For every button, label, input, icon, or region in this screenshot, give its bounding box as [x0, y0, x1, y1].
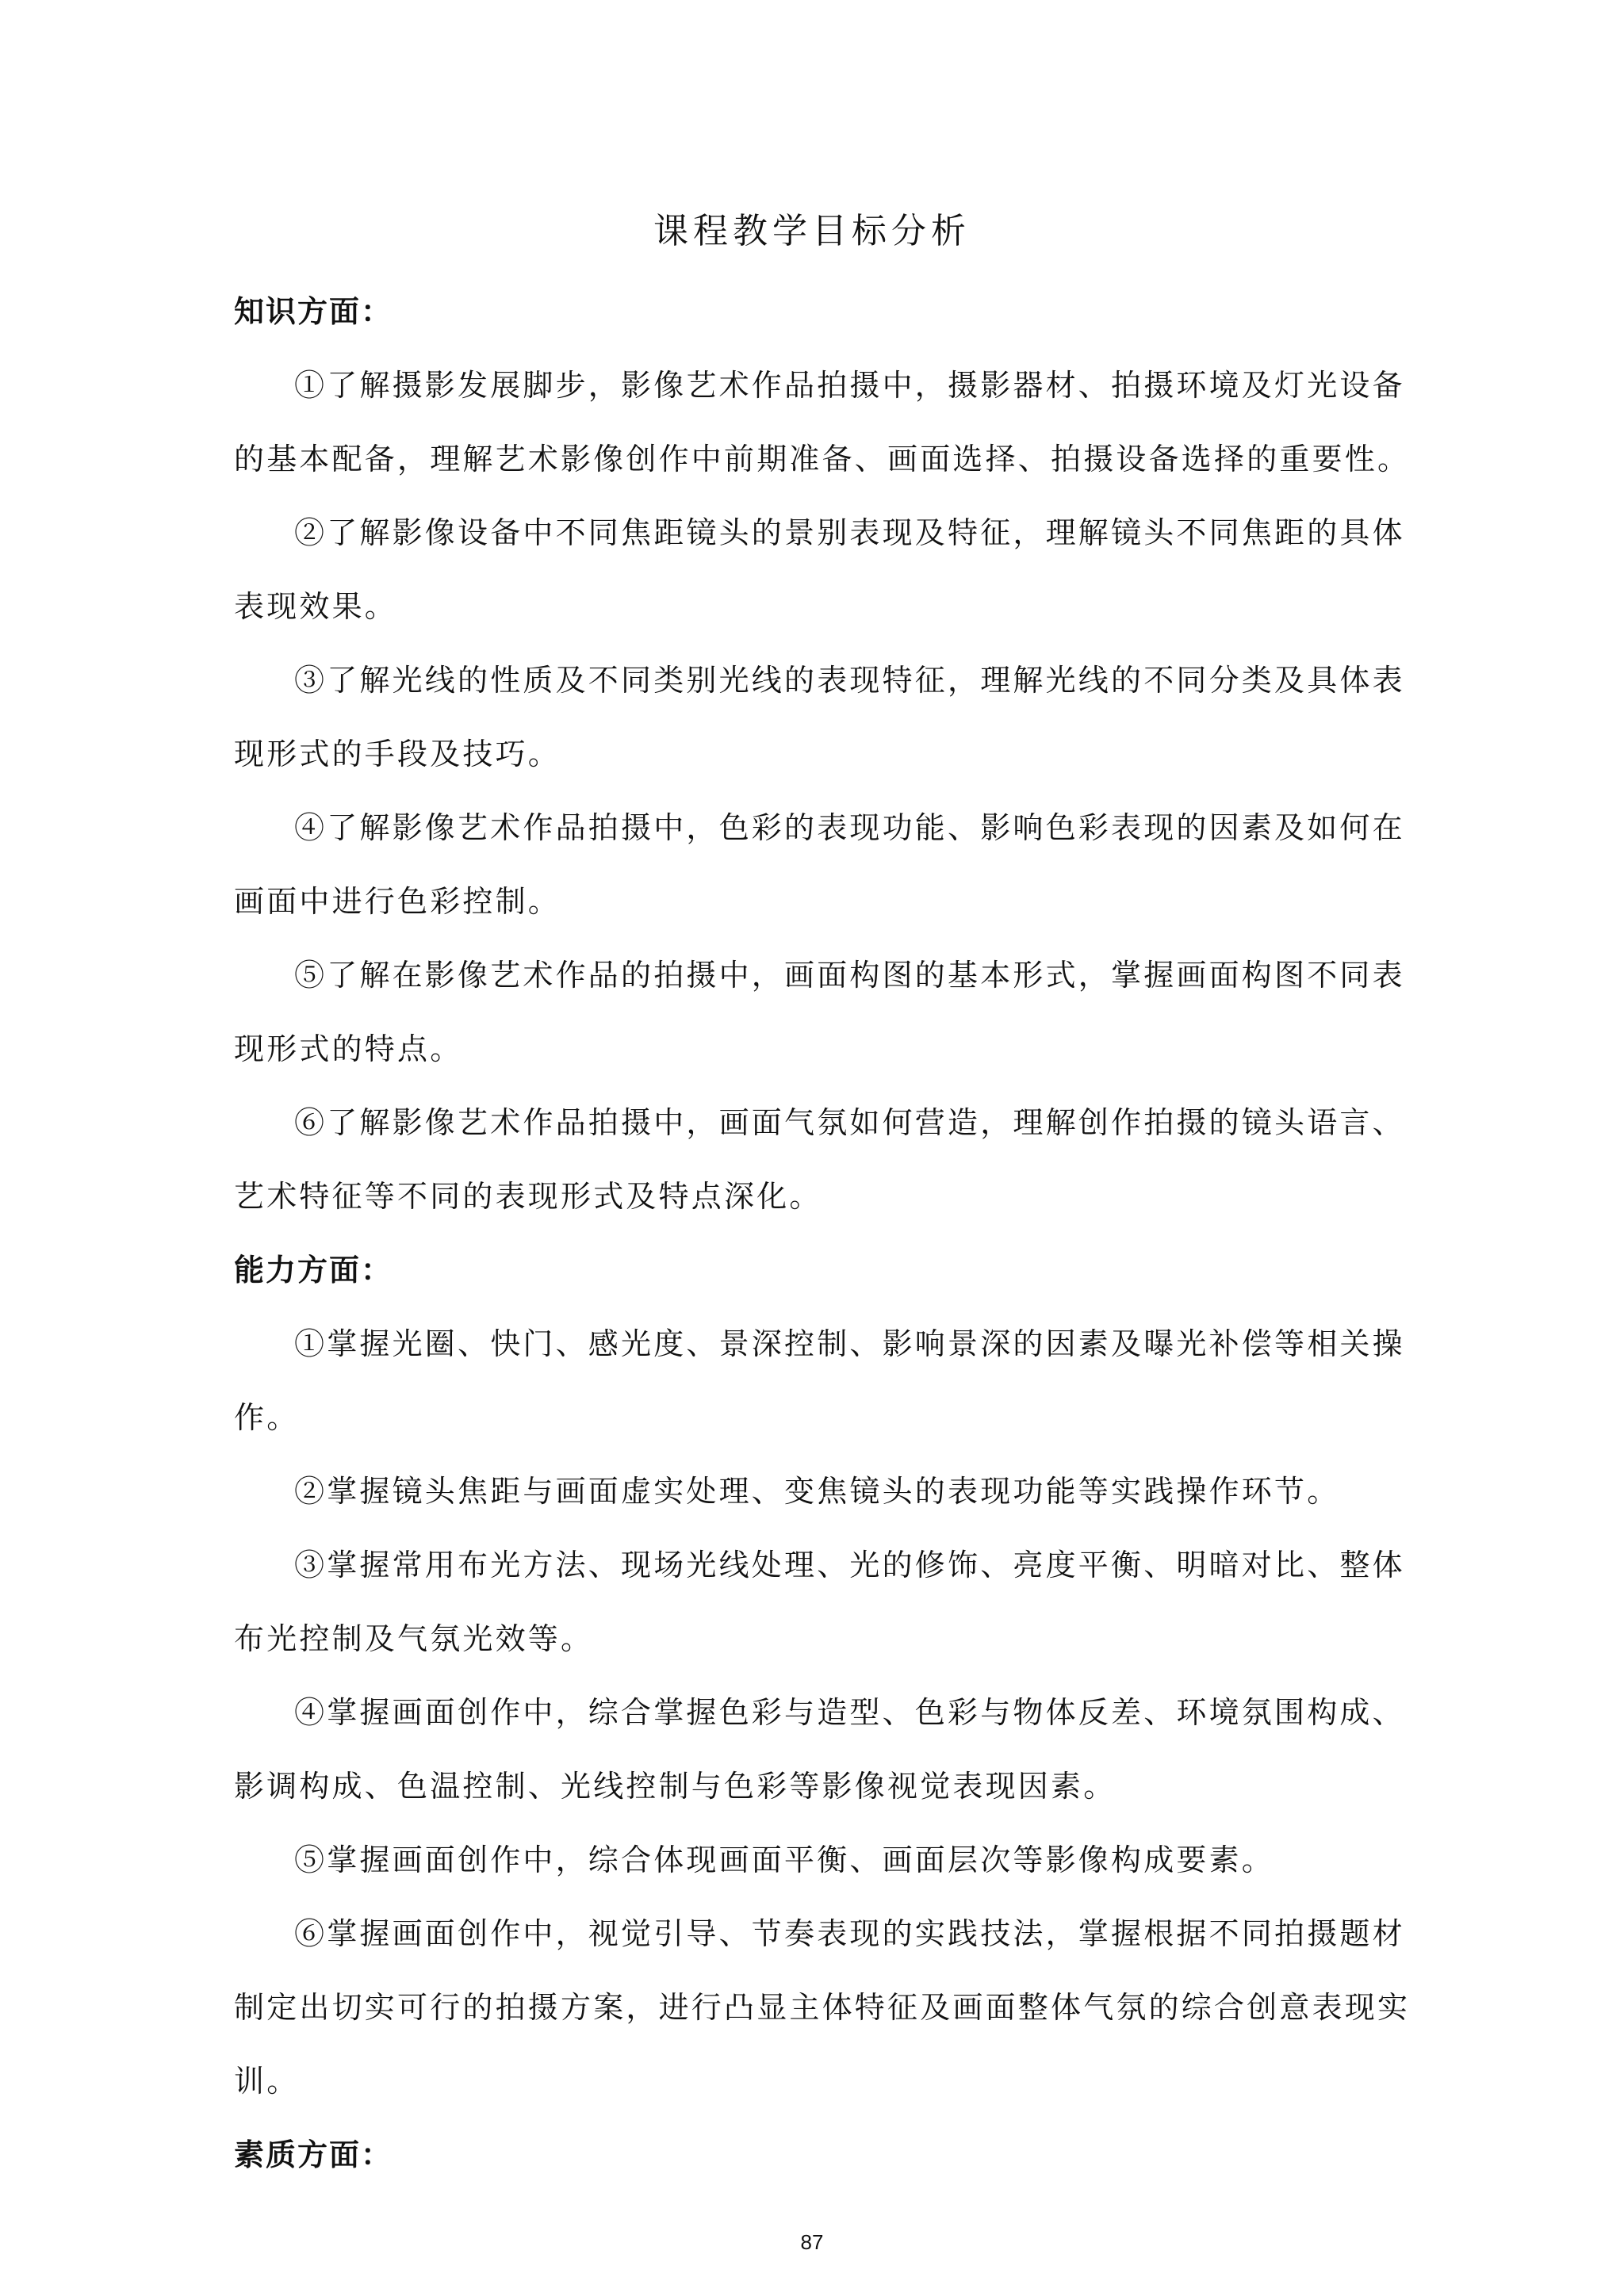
- paragraph-line: ③了解光线的性质及不同类别光线的表现特征，理解光线的不同分类及具体表: [234, 656, 1415, 729]
- document-body: 知识方面： ①了解摄影发展脚步，影像艺术作品拍摄中，摄影器材、拍摄环境及灯光设备…: [234, 287, 1415, 2204]
- knowledge-item-2: ②了解影像设备中不同焦距镜头的景别表现及特征，理解镜头不同焦距的具体 表现效果。: [234, 508, 1415, 656]
- ability-item-3: ③掌握常用布光方法、现场光线处理、光的修饰、亮度平衡、明暗对比、整体 布光控制及…: [234, 1540, 1415, 1688]
- knowledge-item-5: ⑤了解在影像艺术作品的拍摄中，画面构图的基本形式，掌握画面构图不同表 现形式的特…: [234, 951, 1415, 1098]
- paragraph-line: 训。: [234, 2057, 1415, 2130]
- page-title: 课程教学目标分析: [0, 208, 1624, 255]
- ability-item-2: ②掌握镜头焦距与画面虚实处理、变焦镜头的表现功能等实践操作环节。: [234, 1467, 1415, 1540]
- paragraph-line: 艺术特征等不同的表现形式及特点深化。: [234, 1172, 1415, 1246]
- paragraph-line: 表现效果。: [234, 582, 1415, 656]
- page-number: 87: [0, 2229, 1624, 2255]
- paragraph-line: 布光控制及气氛光效等。: [234, 1614, 1415, 1688]
- paragraph-line: 影调构成、色温控制、光线控制与色彩等影像视觉表现因素。: [234, 1762, 1415, 1835]
- paragraph-line: 的基本配备，理解艺术影像创作中前期准备、画面选择、拍摄设备选择的重要性。: [234, 434, 1415, 508]
- document-page: 课程教学目标分析 知识方面： ①了解摄影发展脚步，影像艺术作品拍摄中，摄影器材、…: [0, 0, 1624, 2296]
- ability-item-1: ①掌握光圈、快门、感光度、景深控制、影响景深的因素及曝光补偿等相关操 作。: [234, 1319, 1415, 1467]
- paragraph-line: ④了解影像艺术作品拍摄中，色彩的表现功能、影响色彩表现的因素及如何在: [234, 803, 1415, 877]
- paragraph-line: ⑤掌握画面创作中，综合体现画面平衡、画面层次等影像构成要素。: [234, 1835, 1415, 1909]
- paragraph-line: 作。: [234, 1393, 1415, 1467]
- ability-item-4: ④掌握画面创作中，综合掌握色彩与造型、色彩与物体反差、环境氛围构成、 影调构成、…: [234, 1688, 1415, 1835]
- paragraph-line: ②了解影像设备中不同焦距镜头的景别表现及特征，理解镜头不同焦距的具体: [234, 508, 1415, 582]
- paragraph-line: ⑥掌握画面创作中，视觉引导、节奏表现的实践技法，掌握根据不同拍摄题材: [234, 1909, 1415, 1983]
- paragraph-line: 现形式的手段及技巧。: [234, 729, 1415, 803]
- section-heading-knowledge: 知识方面：: [234, 287, 1415, 361]
- knowledge-item-1: ①了解摄影发展脚步，影像艺术作品拍摄中，摄影器材、拍摄环境及灯光设备 的基本配备…: [234, 361, 1415, 508]
- paragraph-line: ⑥了解影像艺术作品拍摄中，画面气氛如何营造，理解创作拍摄的镜头语言、: [234, 1098, 1415, 1172]
- section-heading-quality: 素质方面：: [234, 2130, 1415, 2204]
- paragraph-line: ⑤了解在影像艺术作品的拍摄中，画面构图的基本形式，掌握画面构图不同表: [234, 951, 1415, 1024]
- paragraph-line: ①了解摄影发展脚步，影像艺术作品拍摄中，摄影器材、拍摄环境及灯光设备: [234, 361, 1415, 434]
- section-heading-ability: 能力方面：: [234, 1246, 1415, 1319]
- paragraph-line: ①掌握光圈、快门、感光度、景深控制、影响景深的因素及曝光补偿等相关操: [234, 1319, 1415, 1393]
- paragraph-line: 画面中进行色彩控制。: [234, 877, 1415, 951]
- paragraph-line: 现形式的特点。: [234, 1024, 1415, 1098]
- ability-item-6: ⑥掌握画面创作中，视觉引导、节奏表现的实践技法，掌握根据不同拍摄题材 制定出切实…: [234, 1909, 1415, 2130]
- knowledge-item-6: ⑥了解影像艺术作品拍摄中，画面气氛如何营造，理解创作拍摄的镜头语言、 艺术特征等…: [234, 1098, 1415, 1246]
- paragraph-line: 制定出切实可行的拍摄方案，进行凸显主体特征及画面整体气氛的综合创意表现实: [234, 1983, 1415, 2057]
- knowledge-item-3: ③了解光线的性质及不同类别光线的表现特征，理解光线的不同分类及具体表 现形式的手…: [234, 656, 1415, 803]
- paragraph-line: ②掌握镜头焦距与画面虚实处理、变焦镜头的表现功能等实践操作环节。: [234, 1467, 1415, 1540]
- paragraph-line: ③掌握常用布光方法、现场光线处理、光的修饰、亮度平衡、明暗对比、整体: [234, 1540, 1415, 1614]
- paragraph-line: ④掌握画面创作中，综合掌握色彩与造型、色彩与物体反差、环境氛围构成、: [234, 1688, 1415, 1762]
- ability-item-5: ⑤掌握画面创作中，综合体现画面平衡、画面层次等影像构成要素。: [234, 1835, 1415, 1909]
- knowledge-item-4: ④了解影像艺术作品拍摄中，色彩的表现功能、影响色彩表现的因素及如何在 画面中进行…: [234, 803, 1415, 951]
